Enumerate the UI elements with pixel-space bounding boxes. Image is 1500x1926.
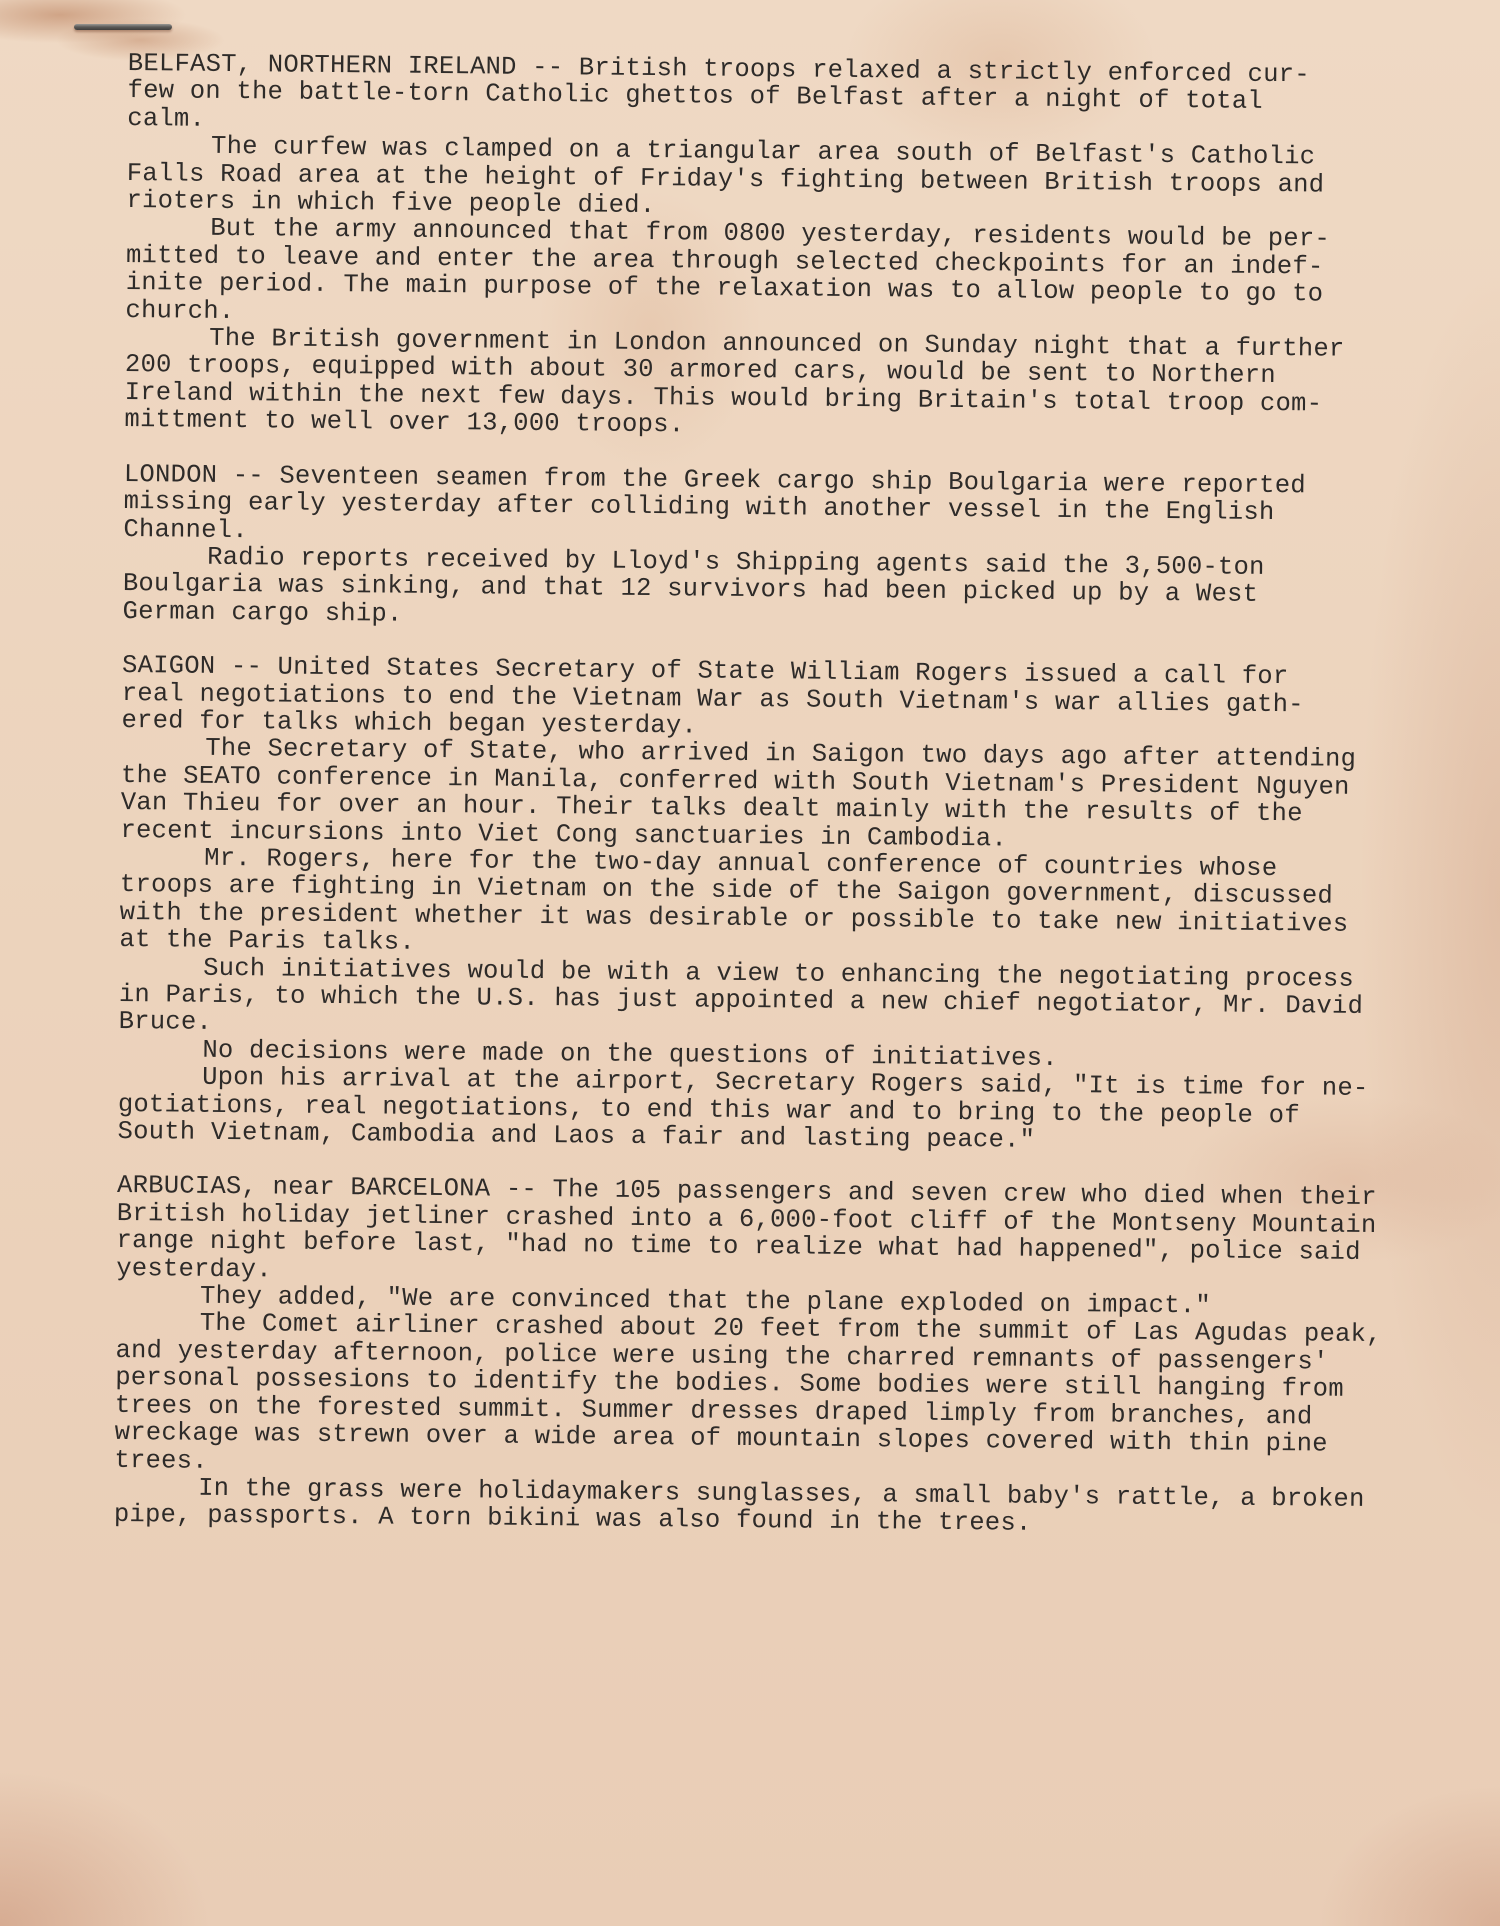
news-story-london: LONDON -- Seventeen seamen from the Gree… bbox=[122, 461, 1454, 638]
news-story-belfast: BELFAST, NORTHERN IRELAND -- British tro… bbox=[124, 50, 1458, 446]
paragraph: In the grass were holidaymakers sunglass… bbox=[114, 1474, 1444, 1542]
paragraph: Upon his arrival at the airport, Secreta… bbox=[117, 1063, 1448, 1158]
paragraph: Such initiatives would be with a view to… bbox=[119, 954, 1450, 1049]
paragraph: BELFAST, NORTHERN IRELAND -- British tro… bbox=[127, 50, 1458, 145]
paragraph: LONDON -- Seventeen seamen from the Gree… bbox=[123, 461, 1454, 556]
paragraph: The British government in London announc… bbox=[124, 324, 1455, 446]
paragraph: Radio reports received by Lloyd's Shippi… bbox=[122, 543, 1453, 638]
paragraph: Mr. Rogers, here for the two-day annual … bbox=[119, 844, 1450, 966]
typewritten-document: BELFAST, NORTHERN IRELAND -- British tro… bbox=[114, 50, 1458, 1568]
paragraph: But the army announced that from 0800 ye… bbox=[125, 214, 1456, 336]
paragraph: ARBUCIAS, near BARCELONA -- The 105 pass… bbox=[116, 1172, 1447, 1294]
news-story-saigon: SAIGON -- United States Secretary of Sta… bbox=[117, 652, 1452, 1158]
paragraph: The curfew was clamped on a triangular a… bbox=[126, 132, 1457, 227]
paragraph: The Secretary of State, who arrived in S… bbox=[120, 734, 1451, 856]
news-story-arbucias: ARBUCIAS, near BARCELONA -- The 105 pass… bbox=[114, 1172, 1447, 1541]
paragraph: SAIGON -- United States Secretary of Sta… bbox=[121, 652, 1452, 747]
paragraph: The Comet airliner crashed about 20 feet… bbox=[114, 1309, 1446, 1486]
staple bbox=[74, 24, 172, 30]
